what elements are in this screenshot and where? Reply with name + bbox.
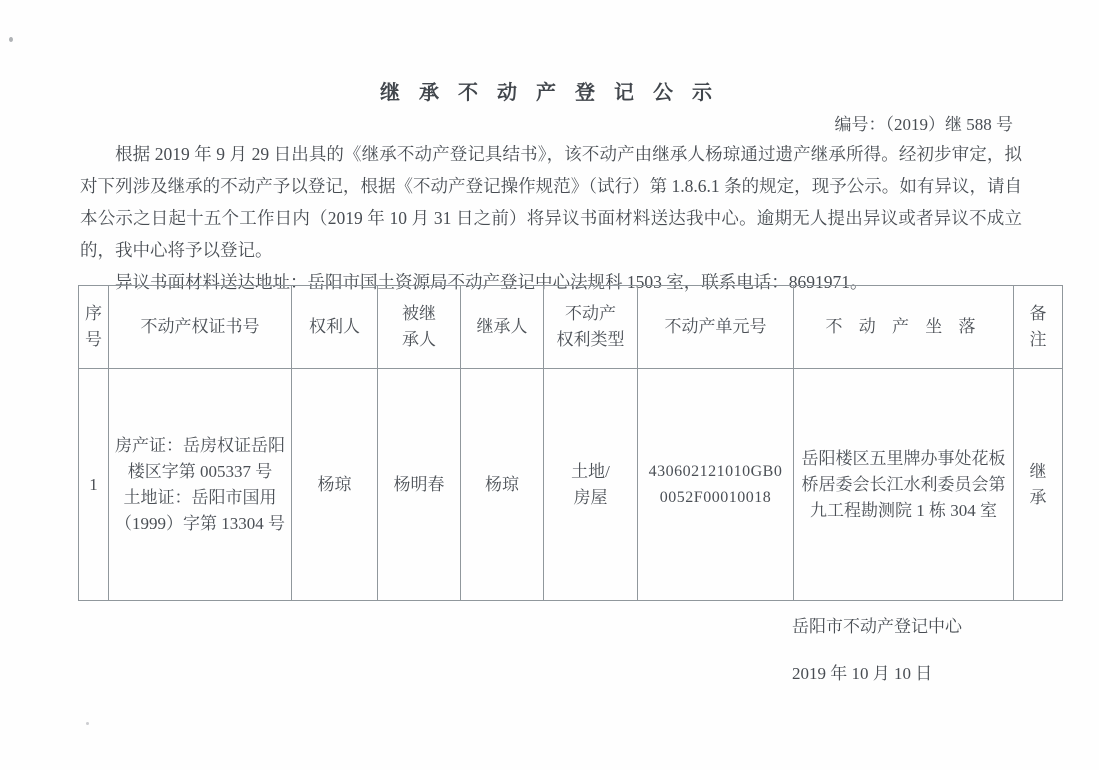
doc-number: 编号：（2019）继 588 号 [835, 110, 1014, 135]
notice-paragraph-main: 根据 2019 年 9 月 29 日出具的《继承不动产登记具结书》，该不动产由继… [80, 138, 1022, 266]
issuer-name: 岳阳市不动产登记中心 [792, 612, 1052, 637]
cell-location: 岳阳楼区五里牌办事处花板桥居委会长江水利委员会第九工程勘测院 1 栋 304 室 [794, 369, 1014, 601]
notice-body: 根据 2019 年 9 月 29 日出具的《继承不动产登记具结书》，该不动产由继… [80, 138, 1022, 298]
scanned-notice-page: 继 承 不 动 产 登 记 公 示 编号：（2019）继 588 号 根据 20… [0, 0, 1099, 770]
header-location: 不 动 产 坐 落 [794, 286, 1014, 369]
cell-decedent: 杨明春 [378, 369, 461, 601]
header-remark: 备 注 [1014, 286, 1063, 369]
scan-artifact-speck [86, 722, 89, 725]
cell-seq: 1 [79, 369, 109, 601]
header-inheritor: 继承人 [461, 286, 544, 369]
cell-unit-no: 430602121010GB0 0052F00010018 [638, 369, 794, 601]
table-row: 1 房产证：岳房权证岳阳楼区字第 005337 号 土地证：岳阳市国用（1999… [79, 369, 1063, 601]
scan-artifact-speck [9, 37, 13, 42]
registration-table: 序 号 不动产权证书号 权利人 被继 承人 继承人 不动产 权利类型 不动产单元… [78, 285, 1063, 601]
issue-date: 2019 年 10 月 10 日 [792, 659, 1052, 684]
cell-right-holder: 杨琼 [292, 369, 378, 601]
table-header-row: 序 号 不动产权证书号 权利人 被继 承人 继承人 不动产 权利类型 不动产单元… [79, 286, 1063, 369]
header-seq: 序 号 [79, 286, 109, 369]
header-decedent: 被继 承人 [378, 286, 461, 369]
header-certificate-no: 不动产权证书号 [109, 286, 292, 369]
cell-remark: 继 承 [1014, 369, 1063, 601]
signature-block: 岳阳市不动产登记中心 2019 年 10 月 10 日 [792, 612, 1052, 684]
cell-certificate-no: 房产证：岳房权证岳阳楼区字第 005337 号 土地证：岳阳市国用（1999）字… [109, 369, 292, 601]
header-right-type: 不动产 权利类型 [544, 286, 638, 369]
cell-inheritor: 杨琼 [461, 369, 544, 601]
cell-right-type: 土地/ 房屋 [544, 369, 638, 601]
page-title: 继 承 不 动 产 登 记 公 示 [0, 76, 1099, 105]
header-unit-no: 不动产单元号 [638, 286, 794, 369]
header-right-holder: 权利人 [292, 286, 378, 369]
